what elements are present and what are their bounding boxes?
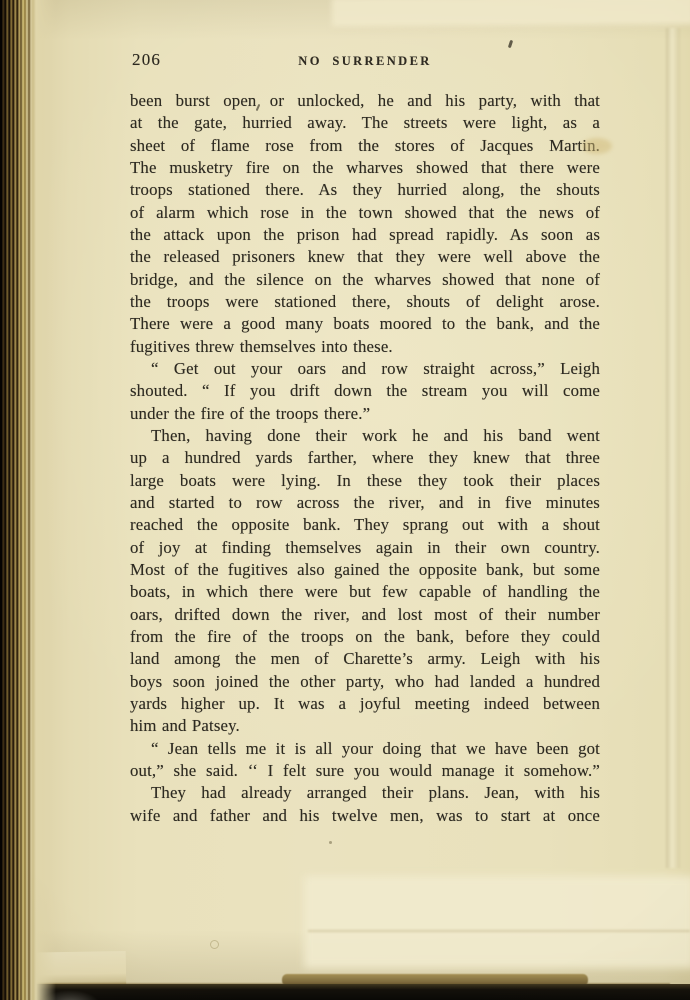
book-cover-bottom (0, 984, 690, 1000)
text-line: of joy at finding themselves again in th… (130, 537, 600, 559)
text-line: sheet of flame rose from the stores of J… (130, 135, 600, 157)
paper-stain (582, 138, 612, 154)
text-line: out,” she said. ‘‘ I felt sure you would… (130, 760, 600, 782)
text-block: been burst open or unlocked, he and his … (130, 90, 600, 827)
text-line: wife and father and his twelve men, was … (130, 805, 600, 827)
book-binding-edge (0, 0, 56, 1000)
text-line: large boats were lying. In these they to… (130, 470, 600, 492)
text-line: from the fire of the troops on the bank,… (130, 626, 600, 648)
text-line: boys soon joined the other party, who ha… (130, 671, 600, 693)
text-line: the released prisoners knew that they we… (130, 246, 600, 268)
paper-speck (210, 940, 219, 949)
text-line: him and Patsey. (130, 715, 600, 737)
text-line: “ Jean tells me it is all your doing tha… (130, 738, 600, 760)
page-crease-right (666, 28, 680, 868)
paper-speck (329, 841, 332, 844)
text-line: the troops were stationed there, shouts … (130, 291, 600, 313)
page-edge-highlight-top (332, 0, 690, 29)
text-line: been burst open or unlocked, he and his … (130, 90, 600, 112)
text-line: land among the men of Charette’s army. L… (130, 648, 600, 670)
text-line: They had already arranged their plans. J… (130, 782, 600, 804)
text-line: Then, having done their work he and his … (130, 425, 600, 447)
text-line: bridge, and the silence on the wharves s… (130, 269, 600, 291)
text-line: of alarm which rose in the town showed t… (130, 202, 600, 224)
text-line: fugitives threw themselves into these. (130, 336, 600, 358)
text-line: yards higher up. It was a joyful meeting… (130, 693, 600, 715)
running-header: NO SURRENDER (130, 54, 600, 69)
page-edge-highlight-bottom (304, 876, 690, 968)
text-line: under the fire of the troops there.” (130, 403, 600, 425)
text-line: shouted. “ If you drift down the stream … (130, 380, 600, 402)
text-line: reached the opposite bank. They sprang o… (130, 514, 600, 536)
text-line: oars, drifted down the river, and lost m… (130, 604, 600, 626)
text-line: and started to row across the river, and… (130, 492, 600, 514)
text-line: troops stationed there. As they hurried … (130, 179, 600, 201)
page-edge-line-bottom (308, 930, 690, 932)
text-line: the attack upon the prison had spread ra… (130, 224, 600, 246)
text-line: Most of the fugitives also gained the op… (130, 559, 600, 581)
text-line: The musketry fire on the wharves showed … (130, 157, 600, 179)
text-line: up a hundred yards farther, where they k… (130, 447, 600, 469)
book-scan: 206 NO SURRENDER been burst open or unlo… (0, 0, 690, 1000)
text-line: There were a good many boats moored to t… (130, 313, 600, 335)
text-line: “ Get out your oars and row straight acr… (130, 358, 600, 380)
text-line: at the gate, hurried away. The streets w… (130, 112, 600, 134)
text-line: boats, in which there were but few capab… (130, 581, 600, 603)
